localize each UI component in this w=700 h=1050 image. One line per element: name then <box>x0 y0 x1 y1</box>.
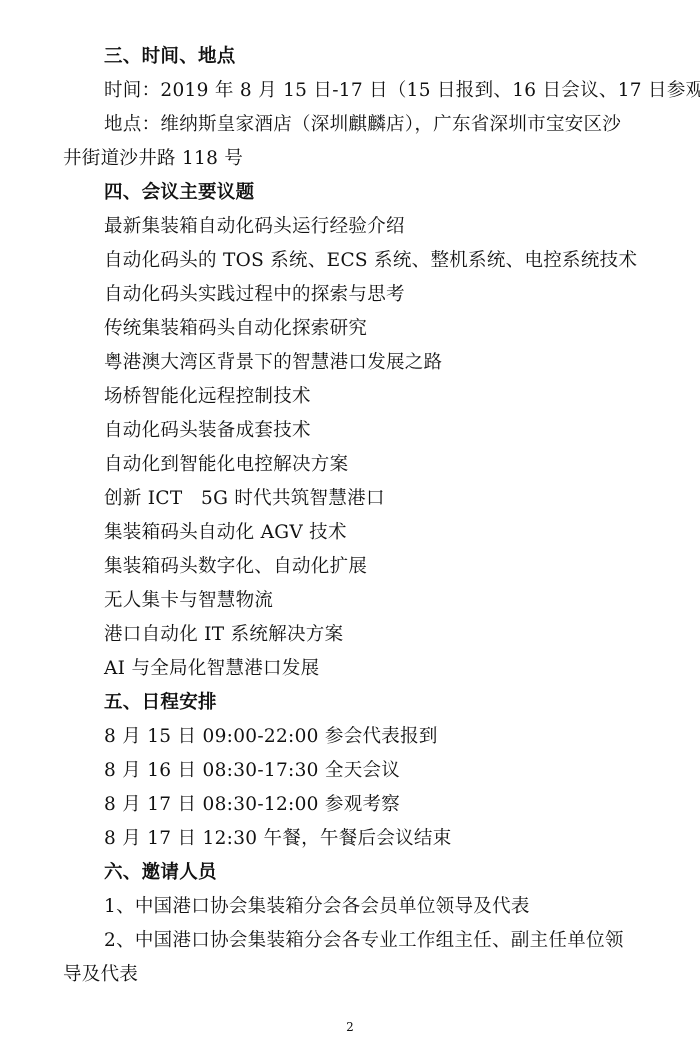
topic-item: 自动化码头的 TOS 系统、ECS 系统、整机系统、电控系统技术 <box>63 244 635 278</box>
topic-item: 传统集装箱码头自动化探索研究 <box>63 312 635 346</box>
topic-item: 场桥智能化远程控制技术 <box>63 380 635 414</box>
document-page: 三、时间、地点 时间：2019 年 8 月 15 日-17 日（15 日报到、1… <box>63 40 635 992</box>
topic-item: 集装箱码头数字化、自动化扩展 <box>63 550 635 584</box>
schedule-item: 8 月 17 日 12:30 午餐，午餐后会议结束 <box>63 822 635 856</box>
topic-item: 最新集装箱自动化码头运行经验介绍 <box>63 210 635 244</box>
topic-item: 粤港澳大湾区背景下的智慧港口发展之路 <box>63 346 635 380</box>
time-text: 时间：2019 年 8 月 15 日-17 日（15 日报到、16 日会议、17… <box>63 74 635 108</box>
section-heading-time-location: 三、时间、地点 <box>63 40 635 74</box>
invitee-item: 2、中国港口协会集装箱分会各专业工作组主任、副主任单位领导及代表 <box>63 924 635 992</box>
page-number: 2 <box>0 1020 700 1034</box>
topic-item: 自动化到智能化电控解决方案 <box>63 448 635 482</box>
topic-item: AI 与全局化智慧港口发展 <box>63 652 635 686</box>
section-heading-schedule: 五、日程安排 <box>63 686 635 720</box>
topic-item: 自动化码头实践过程中的探索与思考 <box>63 278 635 312</box>
topic-item: 自动化码头装备成套技术 <box>63 414 635 448</box>
topic-item: 创新 ICT 5G 时代共筑智慧港口 <box>63 482 635 516</box>
schedule-item: 8 月 17 日 08:30-12:00 参观考察 <box>63 788 635 822</box>
section-heading-topics: 四、会议主要议题 <box>63 176 635 210</box>
schedule-item: 8 月 15 日 09:00-22:00 参会代表报到 <box>63 720 635 754</box>
topic-item: 无人集卡与智慧物流 <box>63 584 635 618</box>
topic-item: 港口自动化 IT 系统解决方案 <box>63 618 635 652</box>
invitee-item: 1、中国港口协会集装箱分会各会员单位领导及代表 <box>63 890 635 924</box>
topic-item: 集装箱码头自动化 AGV 技术 <box>63 516 635 550</box>
schedule-item: 8 月 16 日 08:30-17:30 全天会议 <box>63 754 635 788</box>
section-heading-invitees: 六、邀请人员 <box>63 856 635 890</box>
location-text: 地点：维纳斯皇家酒店（深圳麒麟店），广东省深圳市宝安区沙井街道沙井路 118 号 <box>63 108 635 176</box>
